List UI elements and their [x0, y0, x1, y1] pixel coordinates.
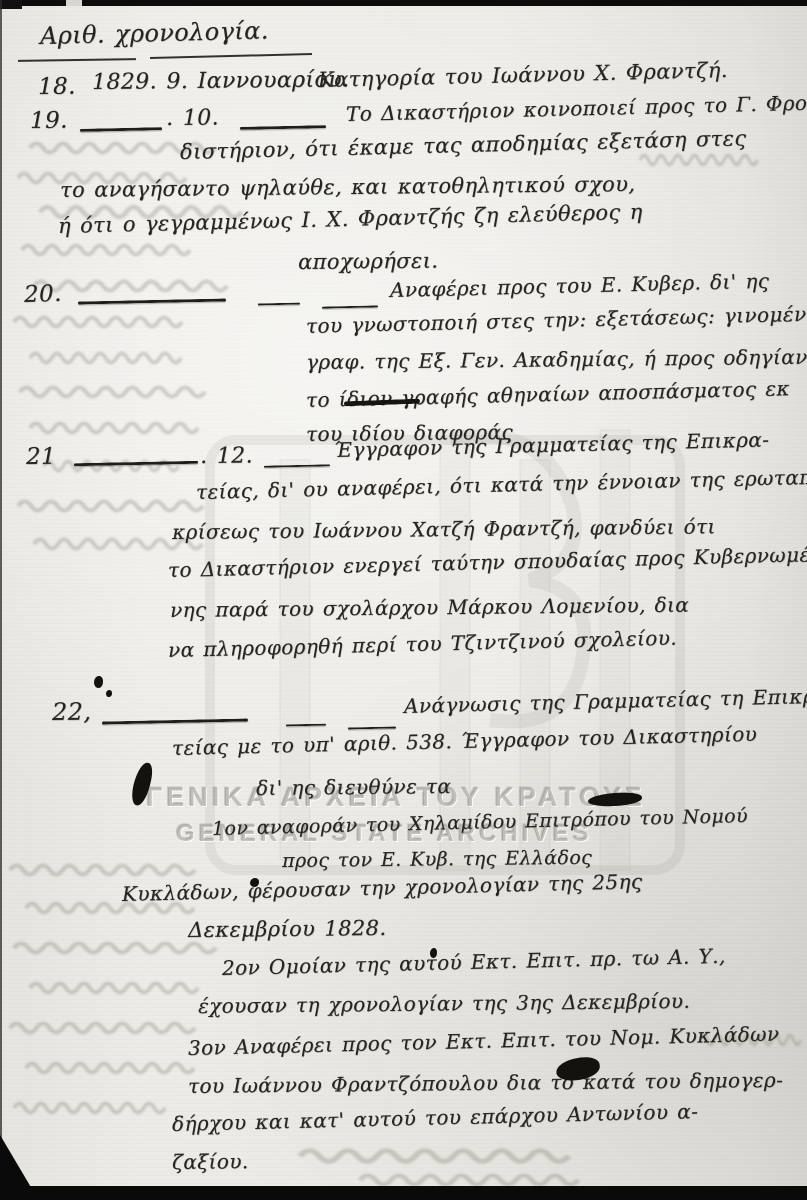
handwritten-line: 2ον Ομοίαν της αυτού Εκτ. Επιτ. πρ. τω Α…: [222, 944, 726, 980]
entry-number: 19.: [30, 108, 68, 134]
handwritten-line: τείας, δι' ου αναφέρει, ότι κατά την ένν…: [196, 464, 807, 504]
handwritten-line: Κυκλάδων, φέρουσαν την χρονολογίαν της 2…: [122, 869, 643, 906]
entry-date: 1829. 9. Ιαννουαρίου.: [92, 67, 350, 95]
handwritten-line: δήρχου και κατ' αυτού του επάρχου Αντωνί…: [172, 1099, 699, 1136]
ditto-mark: [322, 305, 378, 308]
handwritten-line: το Δικαστήριον ενεργεί ταύτην σπουδαίας …: [168, 542, 807, 582]
ink-speck: [430, 948, 437, 958]
ink-speck: [94, 676, 103, 688]
handwritten-line: 3ον Αναφέρει προς τον Εκτ. Επιτ. του Νομ…: [188, 1022, 780, 1060]
scan-border-top: [0, 0, 807, 6]
scan-border-notch: [66, 0, 82, 6]
handwritten-line: του Ιωάννου Φραντζόπουλου δια το κατά το…: [188, 1068, 783, 1098]
handwritten-line: Κατηγορία του Ιωάννου Χ. Φραντζή.: [318, 58, 728, 92]
handwritten-line: διστήριον, ότι έκαμε τας αποδημίας εξετά…: [180, 126, 747, 164]
handwritten-line: Ανάγνωσις της Γραμματείας τη Επικρα:: [404, 683, 807, 718]
handwritten-line: προς τον Ε. Κυβ. της Ελλάδος: [282, 847, 592, 872]
handwritten-line: τείας με το υπ' αριθ. 538. Έγγραφον του …: [172, 722, 758, 760]
scan-corner-top-left: [0, 0, 22, 9]
entry-number: 22,: [52, 698, 92, 726]
handwritten-line: Το Δικαστήριον κοινοποιεί προς το Γ. Φρο…: [346, 90, 807, 126]
handwritten-line: το αναγήσαντο ψηλαύθε, και κατοθηλητικού…: [60, 172, 636, 202]
handwritten-line: γραφ. της Εξ. Γεν. Ακαδημίας, ή προς οδη…: [306, 344, 807, 374]
handwritten-line: να πληροφορηθή περί του Τζιντζινού σχολε…: [168, 626, 678, 662]
header-underline: [18, 58, 136, 62]
scan-border-bottom: [0, 1186, 807, 1200]
ink-speck: [106, 690, 112, 697]
handwritten-line: έχουσαν τη χρονολογίαν της 3ης Δεκεμβρίο…: [198, 989, 690, 1018]
handwritten-line: ή ότι ο γεγραμμένως Ι. Χ. Φραντζής ζη ελ…: [58, 200, 643, 238]
ditto-mark: [102, 718, 248, 724]
handwritten-line: Δεκεμβρίου 1828.: [188, 916, 387, 942]
ditto-mark: [80, 127, 162, 132]
handwritten-line: αποχωρήσει.: [298, 249, 439, 274]
handwritten-line: Αναφέρει προς του Ε. Κυβερ. δι' ης: [390, 269, 770, 302]
handwritten-line: το ίδιον γραφής αθηναίων αποσπάσματος εκ: [306, 376, 790, 412]
ditto-mark: [74, 461, 198, 467]
handwritten-line: κρίσεως του Ιωάννου Χατζή Φραντζή, φανδύ…: [172, 514, 716, 544]
entry-number: 18.: [38, 74, 76, 100]
scan-border-left: [0, 0, 2, 1200]
handwritten-line: ζαξίου.: [172, 1149, 249, 1174]
entry-day: . 12.: [200, 443, 253, 469]
ditto-mark: [258, 303, 300, 306]
entry-number: 20.: [24, 281, 63, 308]
ink-speck: [250, 878, 259, 887]
ditto-mark: [240, 125, 326, 130]
ditto-mark: [264, 464, 330, 467]
ditto-mark: [286, 724, 326, 727]
entry-number: 21: [26, 444, 56, 470]
ditto-mark: [78, 298, 226, 304]
manuscript-page: ΓΕΝΙΚΑ ΑΡΧΕΙΑ ΤΟΥ ΚΡΑΤΟΥΣ GENERAL STATE …: [0, 0, 807, 1200]
ditto-mark: [348, 726, 396, 729]
handwritten-line: του γνωστοποιή στες την: εξετάσεως: γινο…: [306, 300, 807, 338]
handwritten-line: νης παρά του σχολάρχου Μάρκου Λομενίου, …: [170, 593, 689, 622]
header-underline: [150, 53, 312, 59]
column-header: Αριθ. χρονολογία.: [40, 16, 269, 50]
entry-day: . 10.: [166, 105, 219, 131]
handwritten-line: δι' ης διευθύνε τα: [256, 774, 452, 800]
